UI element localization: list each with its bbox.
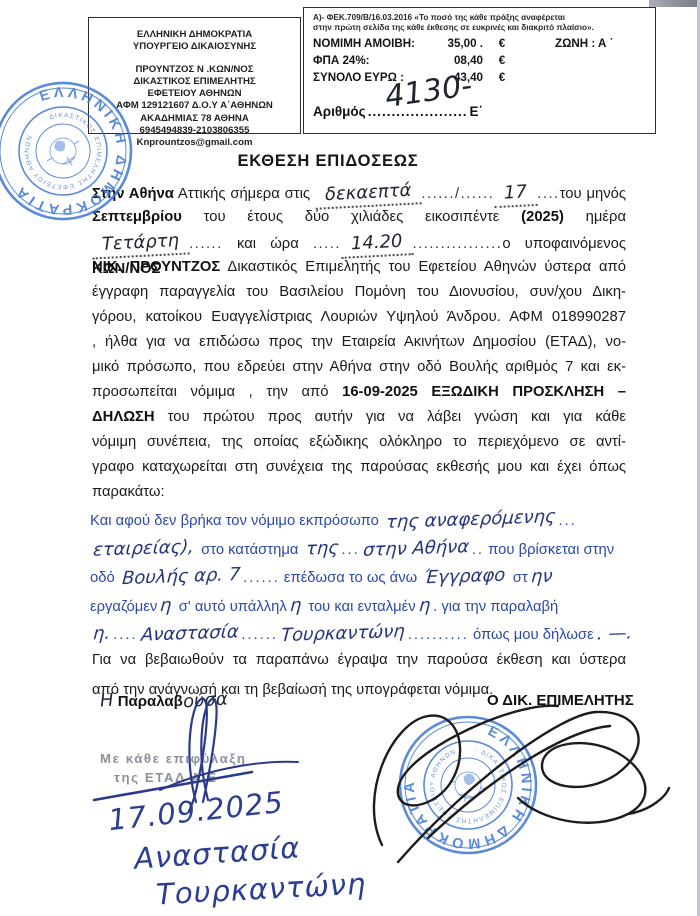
- handwritten-text: ην: [527, 562, 556, 592]
- form-printed-text: εργαζόμεν: [90, 599, 157, 615]
- dotted-leader: ......: [189, 236, 223, 252]
- typed-text: μικό πρόσωπο, που εδρεύει στην Αθήνα στη…: [92, 359, 626, 375]
- form-printed-text: οδό: [90, 570, 119, 586]
- text-line: Στην Αθήνα Αττικής σήμερα στις δεκαεπτά.…: [92, 180, 626, 205]
- handwritten-text: ούσα: [182, 688, 228, 712]
- handwritten-text: Η: [99, 690, 114, 712]
- euro-sign: €: [483, 71, 521, 84]
- text-line: μικό πρόσωπο, που εδρεύει στην Αθήνα στη…: [92, 355, 626, 380]
- handwritten-last-name: Τουρκαντώνη: [155, 867, 367, 912]
- handwritten-text: Τετάρτη: [91, 227, 189, 259]
- text-line: Σεπτεμβρίου του έτους δύο χιλιάδες εικοσ…: [92, 205, 626, 230]
- typed-text: προσωπείται νόμιμα , την από: [92, 384, 342, 400]
- page-title: ΕΚΘΕΣΗ ΕΠΙΔΟΣΕΩΣ: [0, 152, 656, 171]
- text-line: η.....Αναστασία......Τουρκαντώνη........…: [90, 620, 636, 649]
- handwritten-text: . —.: [593, 619, 636, 649]
- dotted-leader: ....../......: [421, 186, 494, 202]
- form-printed-text: επέδωσα το ως άνω: [280, 570, 422, 586]
- sender-line: ΕΦΕΤΕΙΟΥ ΑΘΗΝΩΝ: [89, 88, 300, 100]
- sender-line: ΠΡΟΥΝΤΖΟΣ Ν .ΚΩΝ/ΝΟΣ: [89, 64, 300, 76]
- typed-text: Δικαστικός Επιμελητής του Εφετείου Αθηνώ…: [220, 259, 626, 275]
- handwritten-text: η: [415, 591, 434, 620]
- sender-line: ΑΚΑΔΗΜΙΑΣ 78 ΑΘΗΝΑ: [89, 113, 300, 125]
- bailiff-signature: [374, 706, 669, 862]
- scanned-document-page: ΕΛΛΗΝΙΚΗ ΔΗΜΟΚΡΑΤΙΑ ΥΠΟΥΡΓΕΙΟ ΔΙΚΑΙΟΣΥΝΗ…: [0, 0, 700, 916]
- fee-row-legal: ΝΟΜΙΜΗ ΑΜΟΙΒΗ: 35,00 . € ΖΩΝΗ : Α ΄: [313, 37, 646, 50]
- handwritten-text: η.: [89, 620, 114, 649]
- zone-label: ΖΩΝΗ : Α ΄: [555, 37, 613, 50]
- text-line: εταιρείας), στο κατάστημα της...στην Αθή…: [90, 535, 636, 564]
- fee-label: ΝΟΜΙΜΗ ΑΜΟΙΒΗ:: [313, 37, 431, 50]
- text-line: γόρου, κατοίκου Ευαγγελίστριας Λουριών Υ…: [92, 305, 626, 330]
- typed-text: του έτους δύο χιλιάδες εικοσιπέντε: [182, 209, 521, 225]
- text-line: γραφο καταχωρείται στη συνέχεια της παρο…: [92, 455, 626, 480]
- typed-text: Αττικής σήμερα στις: [174, 186, 315, 202]
- dotted-leader: ................: [413, 236, 503, 252]
- dotted-leader: ....: [537, 186, 559, 202]
- typed-text: και ώρα: [223, 236, 313, 252]
- typed-text: ο υποφαινόμενος: [502, 236, 626, 252]
- text-line: ΔΗΛΩΣΗ του πρώτου προς αυτήν για να λάβε…: [92, 405, 626, 430]
- receiver-heading: Η Παραλαβούσα: [100, 690, 228, 711]
- form-printed-text: στ: [509, 570, 528, 586]
- handwritten-text: η: [156, 591, 175, 620]
- dotted-leader: .....: [313, 236, 341, 252]
- spacer: [89, 54, 300, 64]
- form-printed-text: Και αφού δεν βρήκα τον νόμιμο εκπρόσωπο: [90, 513, 383, 529]
- text-line: ΝΙΚ. ΠΡΟΥΝΤΖΟΣ Δικαστικός Επιμελητής του…: [92, 255, 626, 280]
- sender-email: Knprountzos@gmail.com: [89, 137, 300, 149]
- handwritten-first-name: Αναστασία: [133, 830, 301, 876]
- reservation-stamp-text: Με κάθε επιφύλαξη της ΕΤΑΔ Α.Ε: [100, 751, 247, 785]
- vat-value: 08,40: [431, 54, 483, 67]
- sender-line: ΕΛΛΗΝΙΚΗ ΔΗΜΟΚΡΑΤΙΑ: [89, 29, 300, 41]
- text-line: έγγραφη παραγγελία του Βασιλείου Πομόνη …: [92, 280, 626, 305]
- euro-sign: €: [483, 54, 521, 67]
- typed-text: του μηνός: [560, 186, 626, 202]
- document-number-row: Αριθμός ..................... Ε΄ 4130-: [313, 104, 646, 119]
- round-stamp-bailiff: [387, 704, 548, 865]
- dotted-leader: ......: [241, 627, 278, 643]
- fee-value: 35,00 .: [431, 37, 483, 50]
- typed-text-bold: ΝΙΚ. ΠΡΟΥΝΤΖΟΣ: [92, 259, 220, 275]
- typed-text-bold: 16-09-2025 ΕΞΩΔΙΚΗ ΠΡΟΣΚΛΗΣΗ –: [342, 384, 626, 400]
- form-printed-text: στο κατάστημα: [197, 542, 303, 558]
- handwritten-text: η: [286, 591, 305, 620]
- typed-text: γόρου, κατοίκου Ευαγγελίστριας Λουριών Υ…: [92, 309, 626, 325]
- dotted-leader: ....: [113, 627, 137, 643]
- text-line: Τετάρτη...... και ώρα .....14.20........…: [92, 230, 626, 255]
- handwritten-text: της: [302, 534, 343, 564]
- handwritten-text: εταιρείας),: [89, 533, 198, 565]
- reservation-line: της ΕΤΑΔ Α.Ε: [114, 770, 247, 785]
- typed-text: ημέρα: [564, 209, 626, 225]
- text-line: προσωπείται νόμιμα , την από 16-09-2025 …: [92, 380, 626, 405]
- sender-info-box: ΕΛΛΗΝΙΚΗ ΔΗΜΟΚΡΑΤΙΑ ΥΠΟΥΡΓΕΙΟ ΔΙΚΑΙΟΣΥΝΗ…: [88, 17, 301, 134]
- typed-text: έγγραφη παραγγελία του Βασιλείου Πομόνη …: [92, 284, 626, 300]
- text-line: οδό Βουλής αρ. 7...... επέδωσα το ως άνω…: [90, 563, 636, 592]
- fee-note-line: Α)- ΦΕΚ.709/Β/16.03.2016 «Το ποσό της κά…: [313, 13, 646, 23]
- typed-text-bold: (2025): [521, 209, 564, 225]
- dotted-leader: ..........: [408, 627, 469, 643]
- bailiff-heading: Ο ΔΙΚ. ΕΠΙΜΕΛΗΤΗΣ: [487, 692, 634, 709]
- fee-info-box: Α)- ΦΕΚ.709/Β/16.03.2016 «Το ποσό της κά…: [303, 7, 656, 134]
- typed-text: νόμιμη συνέπεια, της οποίας εξώδικης ολό…: [92, 434, 626, 450]
- body-paragraph: Στην Αθήνα Αττικής σήμερα στις δεκαεπτά.…: [92, 180, 626, 505]
- euro-sign: €: [483, 37, 521, 50]
- handwritten-text: στην Αθήνα: [359, 533, 473, 565]
- typed-text-bold: Σεπτεμβρίου: [92, 209, 182, 225]
- typed-text-bold: ΔΗΛΩΣΗ: [92, 409, 155, 425]
- text-line: νόμιμη συνέπεια, της οποίας εξώδικης ολό…: [92, 430, 626, 455]
- dotted-leader: ..: [472, 542, 484, 558]
- text-line: Για να βεβαιωθούν τα παραπάνω έγραψα την…: [92, 646, 626, 676]
- typed-text-bold: Στην Αθήνα: [92, 186, 174, 202]
- vat-label: ΦΠΑ 24%:: [313, 54, 431, 67]
- typed-text: Για να βεβαιωθούν τα παραπάνω έγραψα την…: [92, 652, 626, 668]
- fee-note-line: στην πρώτη σελίδα της κάθε έκθεσης σε ευ…: [313, 23, 646, 33]
- sender-line: 6945494839-2103806355: [89, 125, 300, 137]
- typed-text-bold: Παραλαβ: [118, 693, 183, 710]
- form-printed-text: του και ενταλμέν: [304, 599, 415, 615]
- form-printed-text: . για την παραλαβή: [433, 599, 558, 615]
- typed-text: γραφο καταχωρείται στη συνέχεια της παρο…: [92, 459, 626, 475]
- handwritten-text: 14.20: [340, 228, 413, 259]
- service-form-section: Και αφού δεν βρήκα τον νόμιμο εκπρόσωπο …: [90, 506, 636, 649]
- dotted-leader: ...: [559, 513, 577, 529]
- fee-row-vat: ΦΠΑ 24%: 08,40 €: [313, 54, 646, 67]
- handwritten-text: Έγγραφο: [420, 561, 509, 593]
- typed-text: του πρώτου προς αυτήν για να λάβει γνώση…: [155, 409, 626, 425]
- typed-text: παρακάτω:: [92, 484, 165, 500]
- sender-line: ΑΦΜ 129121607 Δ.Ο.Υ Α΄ΑΘΗΝΩΝ: [89, 100, 300, 112]
- reservation-line: Με κάθε επιφύλαξη: [100, 751, 247, 766]
- text-line: Και αφού δεν βρήκα τον νόμιμο εκπρόσωπο …: [90, 506, 636, 535]
- typed-text: , ήλθα για να επιδώσω προς την Εταιρεία …: [92, 334, 626, 350]
- form-printed-text: όπως μου δήλωσε: [469, 627, 594, 643]
- text-line: , ήλθα για να επιδώσω προς την Εταιρεία …: [92, 330, 626, 355]
- text-line: παρακάτω:: [92, 480, 626, 505]
- handwritten-text: Βουλής αρ. 7: [118, 561, 244, 594]
- handwritten-date: 17.09.2025: [107, 785, 286, 837]
- number-label: Αριθμός: [313, 104, 366, 119]
- form-printed-text: που βρίσκεται στην: [484, 542, 614, 558]
- dotted-leader: ......: [243, 570, 280, 586]
- handwritten-text: 17: [494, 179, 538, 208]
- sender-line: ΔΙΚΑΣΤΙΚΟΣ ΕΠΙΜΕΛΗΤΗΣ: [89, 76, 300, 88]
- number-suffix: Ε΄: [469, 104, 483, 119]
- dotted-leader: ...: [341, 542, 359, 558]
- scan-corner-smudge: [649, 0, 697, 7]
- text-line: εργαζόμενη σ' αυτό υπάλληλη του και εντα…: [90, 592, 636, 621]
- handwritten-text: δεκαεπτά: [314, 177, 422, 210]
- fee-row-total: ΣΥΝΟΛΟ ΕΥΡΩ : 43,40 €: [313, 71, 646, 84]
- form-printed-text: σ' αυτό υπάλληλ: [175, 599, 287, 615]
- sender-line: ΥΠΟΥΡΓΕΙΟ ΔΙΚΑΙΟΣΥΝΗΣ: [89, 41, 300, 53]
